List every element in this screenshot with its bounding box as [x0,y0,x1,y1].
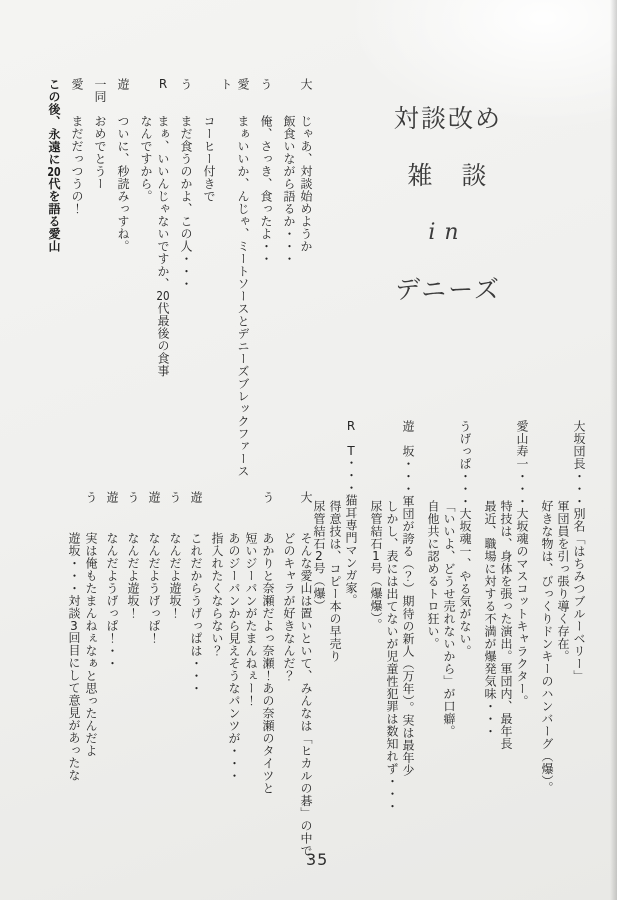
speech: う俺、さっき、食ったよ・・ [257,78,274,489]
intro-line: 自他共に認めるトロ狂い。 [425,420,441,888]
speech-line: 一同おめでとうー [91,78,108,489]
speech-text: まだだっつうの！ [70,115,84,215]
speech: Rまぁ、いいんじゃないですか、20代最後の食事なんですから。 [137,78,171,489]
intro-name-line: 愛山寿一・・・大坂魂のマスコットキャラクター。 [514,420,530,888]
speech: うなんだよ遊坂！ [166,491,183,891]
speech-line: うなんだよ遊坂！ [166,491,183,891]
speech-text: 実は俺もたまんねぇなぁと思ったんだよ [84,532,98,757]
speaker-label: う [257,78,274,115]
speech-line: 短いジーパンがたまんねぇー！ [242,491,259,891]
dialog-section-top: 大じゃあ、対談始めようか飯食いながら語るか・・・う俺、さっき、食ったよ・・愛まぁ… [39,78,314,489]
speech-line: 遊坂・・・対談3回目にして意見があったな [65,491,82,891]
speech-text: 俺、さっき、食ったよ・・ [259,115,273,265]
speech-text: まぁ、いいんじゃないですか、20代最後の食事 [156,115,170,377]
title-row: 雑 談 [383,163,513,189]
intro-line: 尿管結石1号（爆爆）。 [368,420,384,888]
intro-name-line: うげっぱ・・・大坂魂一、やる気がない。 [457,420,473,888]
intro-entry: R T・・・猫耳専門マンガ家。得意技は、コピー本の早売り尿管結石2号（爆） [311,420,359,888]
speech-line: なんですから。 [137,78,154,489]
speaker-label: 愛 [68,78,85,115]
speech: 大そんな愛山は置いといて、みんなは「ヒカルの碁」の中で、どのキャラが好きなんだ？ [280,491,314,891]
speech: 遊なんだようげっぱ！・・ [103,491,120,891]
speech-text: あかりと奈瀬だよっ奈瀬！あの奈瀬のタイツと [261,532,275,795]
speech: 遊なんだようげっぱ！ [145,491,162,891]
page-title: 対談改め雑 談inデニーズ [383,106,513,334]
speech-text: なんだよ遊坂！ [126,532,140,620]
speaker-label: 大 [297,491,314,532]
speaker-label: う [259,491,276,532]
speaker-label: 遊 [103,491,120,532]
speech-text: なんだようげっぱ！ [147,532,161,645]
speech-text: おめでとうー [93,115,107,190]
speech: う実は俺もたまんねぇなぁと思ったんだよ遊坂・・・対談3回目にして意見があったな [65,491,99,891]
speech-line: うあかりと奈瀬だよっ奈瀬！あの奈瀬のタイツと [259,491,276,891]
intro-line: 最近、職場に対する不満が爆発気味・・・ [482,420,498,888]
intro-name-line: 大坂団長・・・別名「はちみつブルーベリー」 [571,420,587,888]
speech-text: じゃあ、対談始めようか [299,115,313,253]
speech-line: 愛まぁいいか、んじゃ、ミートソースとデニーズブレックファースト [217,78,251,489]
speech: 遊これだからうげっぱは・・・ [187,491,204,891]
speech-text: まだ食うのかよ、この人・・・ [179,115,193,290]
speech-line: 愛まだだっつうの！ [68,78,85,489]
intro-line: 軍団員を引っ張り導く存在。 [555,420,571,888]
speaker-label: う [82,491,99,532]
page-number: 35 [306,850,328,869]
speech-line: 飯食いながら語るか・・・ [280,78,297,489]
speaker-label: R [154,78,171,115]
speech: 大じゃあ、対談始めようか飯食いながら語るか・・・ [280,78,314,489]
scan-edge [610,0,617,900]
speech-text: ついに、秒読みっすね。 [116,115,130,253]
speech: 愛まぁいいか、んじゃ、ミートソースとデニーズブレックファーストコーヒー付きで [200,78,251,489]
speech-line: どのキャラが好きなんだ？ [280,491,297,891]
title-row: 対談改め [383,106,513,132]
speech-text: まぁいいか、んじゃ、ミートソースとデニーズブレックファースト [219,78,250,478]
speech-line: Rまぁ、いいんじゃないですか、20代最後の食事 [154,78,171,489]
speech-line: 指入れたくならない？ [208,491,225,891]
dialog-section-bottom: 大そんな愛山は置いといて、みんなは「ヒカルの碁」の中で、どのキャラが好きなんだ？… [61,491,314,891]
title-row: デニーズ [383,277,513,303]
speech-line: あのジーパンから見えそうなパンツが・・・ [225,491,242,891]
intro-line: 得意技は、コピー本の早売り [327,420,343,888]
speech-line: 大じゃあ、対談始めようか [297,78,314,489]
intro-line: しかし、表には出てないが児童性犯罪は数知れず・・・ [384,420,400,888]
speech-line: 遊なんだようげっぱ！ [145,491,162,891]
speech-text: これだからうげっぱは・・・ [189,532,203,695]
speech: 遊ついに、秒読みっすね。 [114,78,131,489]
speaker-label: 一同 [91,78,108,115]
intro-entry: 遊 坂・・・軍団が誇る（？）期待の新人（万年）。実は最年少しかし、表には出てない… [368,420,416,888]
speech-line: コーヒー付きで [200,78,217,489]
speech: 一同おめでとうー [91,78,108,489]
speech: うまだ食うのかよ、この人・・・ [177,78,194,489]
speaker-label: 大 [297,78,314,115]
intro-entry: うげっぱ・・・大坂魂一、やる気がない。「いいよ、どうせ売れないから」が口癖。自他… [425,420,473,888]
intro-entry: 大坂団長・・・別名「はちみつブルーベリー」軍団員を引っ張り導く存在。好きな物は、… [539,420,587,888]
speech: 愛まだだっつうの！ [68,78,85,489]
intro-line: 「いいよ、どうせ売れないから」が口癖。 [441,420,457,888]
speech: うあかりと奈瀬だよっ奈瀬！あの奈瀬のタイツと短いジーパンがたまんねぇー！あのジー… [208,491,276,891]
speech-line: 遊これだからうげっぱは・・・ [187,491,204,891]
speech-text: なんだようげっぱ！・・ [105,532,119,670]
speaker-label: 遊 [114,78,131,115]
speech-text: なんだよ遊坂！ [168,532,182,620]
speech-line: う実は俺もたまんねぇなぁと思ったんだよ [82,491,99,891]
speech-line: うまだ食うのかよ、この人・・・ [177,78,194,489]
speaker-label: う [177,78,194,115]
speech-text: そんな愛山は置いといて、みんなは「ヒカルの碁」の中で、 [299,532,313,870]
speech-line: う俺、さっき、食ったよ・・ [257,78,274,489]
speech-line: 大そんな愛山は置いといて、みんなは「ヒカルの碁」の中で、 [297,491,314,891]
speech-line: 遊なんだようげっぱ！・・ [103,491,120,891]
speaker-label: う [124,491,141,532]
intro-name-line: R T・・・猫耳専門マンガ家。 [343,420,359,888]
narration-line: この後、永遠に20代を語る愛山 [45,78,62,489]
speech-line: この後、永遠に20代を語る愛山 [45,78,62,489]
title-row: in [383,220,513,246]
speaker-label: 遊 [145,491,162,532]
speech-line: 遊ついに、秒読みっすね。 [114,78,131,489]
intro-line: 好きな物は、びっくりドンキーのハンバーグ（爆）。 [539,420,555,888]
speaker-label: 愛 [234,78,251,115]
speech-line: うなんだよ遊坂！ [124,491,141,891]
speaker-label: う [166,491,183,532]
character-intros: 大坂団長・・・別名「はちみつブルーベリー」軍団員を引っ張り導く存在。好きな物は、… [302,420,587,888]
intro-entry: 愛山寿一・・・大坂魂のマスコットキャラクター。特技は、身体を張った演出。軍団内、… [482,420,530,888]
intro-name-line: 遊 坂・・・軍団が誇る（？）期待の新人（万年）。実は最年少 [400,420,416,888]
speaker-label: 遊 [187,491,204,532]
intro-line: 特技は、身体を張った演出。軍団内、最年長 [498,420,514,888]
page: 対談改め雑 談inデニーズ 大坂団長・・・別名「はちみつブルーベリー」軍団員を引… [0,0,617,900]
speech: うなんだよ遊坂！ [124,491,141,891]
